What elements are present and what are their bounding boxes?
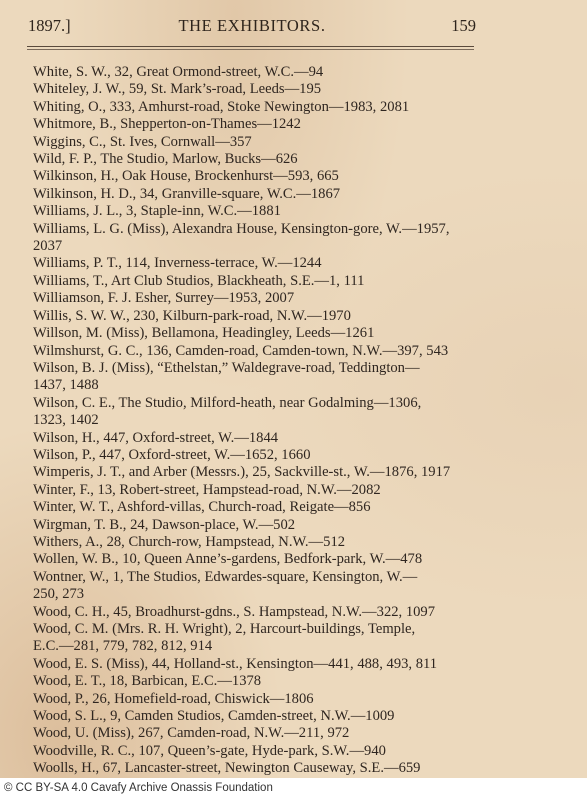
exhibitor-entry: Williams, P. T., 114, Inverness-terrace,… (33, 255, 493, 272)
exhibitor-entry: Wirgman, T. B., 24, Dawson-place, W.—502 (33, 517, 493, 534)
exhibitor-entry: Wiggins, C., St. Ives, Cornwall—357 (33, 134, 493, 151)
exhibitor-entry: Williams, L. G. (Miss), Alexandra House,… (33, 221, 493, 256)
entry-text: Wilkinson, H., Oak House, Brockenhurst—5… (48, 168, 493, 185)
entry-continuation: 2037 (48, 238, 493, 255)
exhibitor-entry: Wood, P., 26, Homefield-road, Chiswick—1… (33, 691, 493, 708)
exhibitor-entry: Williams, J. L., 3, Staple-inn, W.C.—188… (33, 203, 493, 220)
exhibitor-entry: Wilson, C. E., The Studio, Milford-heath… (33, 395, 493, 430)
exhibitor-entry: Wood, E. T., 18, Barbican, E.C.—1378 (33, 673, 493, 690)
entry-text: Wood, C. H., 45, Broadhurst-gdns., S. Ha… (48, 604, 493, 621)
entry-text: Wood, S. L., 9, Camden Studios, Camden-s… (48, 708, 493, 725)
entry-text: Winter, F., 13, Robert-street, Hampstead… (48, 482, 493, 499)
entry-text: Woodville, R. C., 107, Queen’s-gate, Hyd… (48, 743, 493, 760)
entry-text: Wood, U. (Miss), 267, Camden-road, N.W.—… (48, 725, 493, 742)
exhibitor-entry: Wood, U. (Miss), 267, Camden-road, N.W.—… (33, 725, 493, 742)
entry-text: Williams, T., Art Club Studios, Blackhea… (48, 273, 493, 290)
exhibitor-entry: Whiteley, J. W., 59, St. Mark’s-road, Le… (33, 81, 493, 98)
entry-text: Wilmshurst, G. C., 136, Camden-road, Cam… (48, 343, 493, 360)
entry-text: Whiting, O., 333, Amhurst-road, Stoke Ne… (48, 99, 493, 116)
entry-text: Wood, P., 26, Homefield-road, Chiswick—1… (48, 691, 493, 708)
page-number: 159 (451, 16, 476, 36)
entry-text: Wimperis, J. T., and Arber (Messrs.), 25… (48, 464, 493, 481)
exhibitor-entry: White, S. W., 32, Great Ormond-street, W… (33, 64, 493, 81)
exhibitor-entry: Winter, W. T., Ashford-villas, Church-ro… (33, 499, 493, 516)
entry-text: Wilson, C. E., The Studio, Milford-heath… (48, 395, 493, 412)
exhibitor-entry: Woolls, H., 67, Lancaster-street, Newing… (33, 760, 493, 777)
entry-text: Wontner, W., 1, The Studios, Edwardes-sq… (48, 569, 493, 586)
entry-text: Winter, W. T., Ashford-villas, Church-ro… (48, 499, 493, 516)
entry-text: Wilson, H., 447, Oxford-street, W.—1844 (48, 430, 493, 447)
entry-text: Withers, A., 28, Church-row, Hampstead, … (48, 534, 493, 551)
exhibitor-entry: Wilson, B. J. (Miss), “Ethelstan,” Walde… (33, 360, 493, 395)
exhibitor-list: White, S. W., 32, Great Ormond-street, W… (33, 64, 493, 795)
exhibitor-entry: Whitmore, B., Shepperton-on-Thames—1242 (33, 116, 493, 133)
header-rule-bottom (27, 49, 474, 50)
entry-text: Woolls, H., 67, Lancaster-street, Newing… (48, 760, 493, 777)
entry-text: Wirgman, T. B., 24, Dawson-place, W.—502 (48, 517, 493, 534)
entry-text: Wollen, W. B., 10, Queen Anne’s-gardens,… (48, 551, 493, 568)
exhibitor-entry: Wontner, W., 1, The Studios, Edwardes-sq… (33, 569, 493, 604)
header-rule-top (27, 46, 474, 47)
entry-text: Wilson, B. J. (Miss), “Ethelstan,” Walde… (48, 360, 493, 377)
entry-text: Williams, P. T., 114, Inverness-terrace,… (48, 255, 493, 272)
license-credit: © CC BY-SA 4.0 Cavafy Archive Onassis Fo… (4, 782, 273, 794)
entry-text: Whiteley, J. W., 59, St. Mark’s-road, Le… (48, 81, 493, 98)
entry-continuation: 1323, 1402 (48, 412, 493, 429)
exhibitor-entry: Wilkinson, H., Oak House, Brockenhurst—5… (33, 168, 493, 185)
exhibitor-entry: Wollen, W. B., 10, Queen Anne’s-gardens,… (33, 551, 493, 568)
entry-text: Williamson, F. J. Esher, Surrey—1953, 20… (48, 290, 493, 307)
exhibitor-entry: Willis, S. W. W., 230, Kilburn-park-road… (33, 308, 493, 325)
entry-continuation: E.C.—281, 779, 782, 812, 914 (48, 638, 493, 655)
exhibitor-entry: Whiting, O., 333, Amhurst-road, Stoke Ne… (33, 99, 493, 116)
entry-text: Wilkinson, H. D., 34, Granville-square, … (48, 186, 493, 203)
exhibitor-entry: Wood, S. L., 9, Camden Studios, Camden-s… (33, 708, 493, 725)
exhibitor-entry: Willson, M. (Miss), Bellamona, Headingle… (33, 325, 493, 342)
exhibitor-entry: Withers, A., 28, Church-row, Hampstead, … (33, 534, 493, 551)
exhibitor-entry: Wimperis, J. T., and Arber (Messrs.), 25… (33, 464, 493, 481)
entry-text: Whitmore, B., Shepperton-on-Thames—1242 (48, 116, 493, 133)
entry-continuation: 250, 273 (48, 586, 493, 603)
exhibitor-entry: Wood, E. S. (Miss), 44, Holland-st., Ken… (33, 656, 493, 673)
exhibitor-entry: Williams, T., Art Club Studios, Blackhea… (33, 273, 493, 290)
exhibitor-entry: Wilkinson, H. D., 34, Granville-square, … (33, 186, 493, 203)
running-head-title: THE EXHIBITORS. (28, 16, 476, 36)
entry-text: Wiggins, C., St. Ives, Cornwall—357 (48, 134, 493, 151)
entry-text: Wood, E. T., 18, Barbican, E.C.—1378 (48, 673, 493, 690)
entry-text: White, S. W., 32, Great Ormond-street, W… (48, 64, 493, 81)
entry-text: Williams, J. L., 3, Staple-inn, W.C.—188… (48, 203, 493, 220)
running-head: 1897.] THE EXHIBITORS. 159 (28, 16, 476, 38)
entry-text: Willson, M. (Miss), Bellamona, Headingle… (48, 325, 493, 342)
entry-text: Willis, S. W. W., 230, Kilburn-park-road… (48, 308, 493, 325)
footer-bar: © CC BY-SA 4.0 Cavafy Archive Onassis Fo… (0, 778, 587, 802)
entry-text: Wood, E. S. (Miss), 44, Holland-st., Ken… (48, 656, 493, 673)
exhibitor-entry: Wood, C. M. (Mrs. R. H. Wright), 2, Harc… (33, 621, 493, 656)
entry-continuation: 1437, 1488 (48, 377, 493, 394)
exhibitor-entry: Woodville, R. C., 107, Queen’s-gate, Hyd… (33, 743, 493, 760)
entry-text: Wild, F. P., The Studio, Marlow, Bucks—6… (48, 151, 493, 168)
entry-text: Wood, C. M. (Mrs. R. H. Wright), 2, Harc… (48, 621, 493, 638)
exhibitor-entry: Wilmshurst, G. C., 136, Camden-road, Cam… (33, 343, 493, 360)
exhibitor-entry: Wilson, H., 447, Oxford-street, W.—1844 (33, 430, 493, 447)
entry-text: Williams, L. G. (Miss), Alexandra House,… (48, 221, 493, 238)
exhibitor-entry: Wild, F. P., The Studio, Marlow, Bucks—6… (33, 151, 493, 168)
exhibitor-entry: Wood, C. H., 45, Broadhurst-gdns., S. Ha… (33, 604, 493, 621)
entry-text: Wilson, P., 447, Oxford-street, W.—1652,… (48, 447, 493, 464)
exhibitor-entry: Winter, F., 13, Robert-street, Hampstead… (33, 482, 493, 499)
book-page: 1897.] THE EXHIBITORS. 159 White, S. W.,… (0, 0, 587, 778)
exhibitor-entry: Williamson, F. J. Esher, Surrey—1953, 20… (33, 290, 493, 307)
exhibitor-entry: Wilson, P., 447, Oxford-street, W.—1652,… (33, 447, 493, 464)
